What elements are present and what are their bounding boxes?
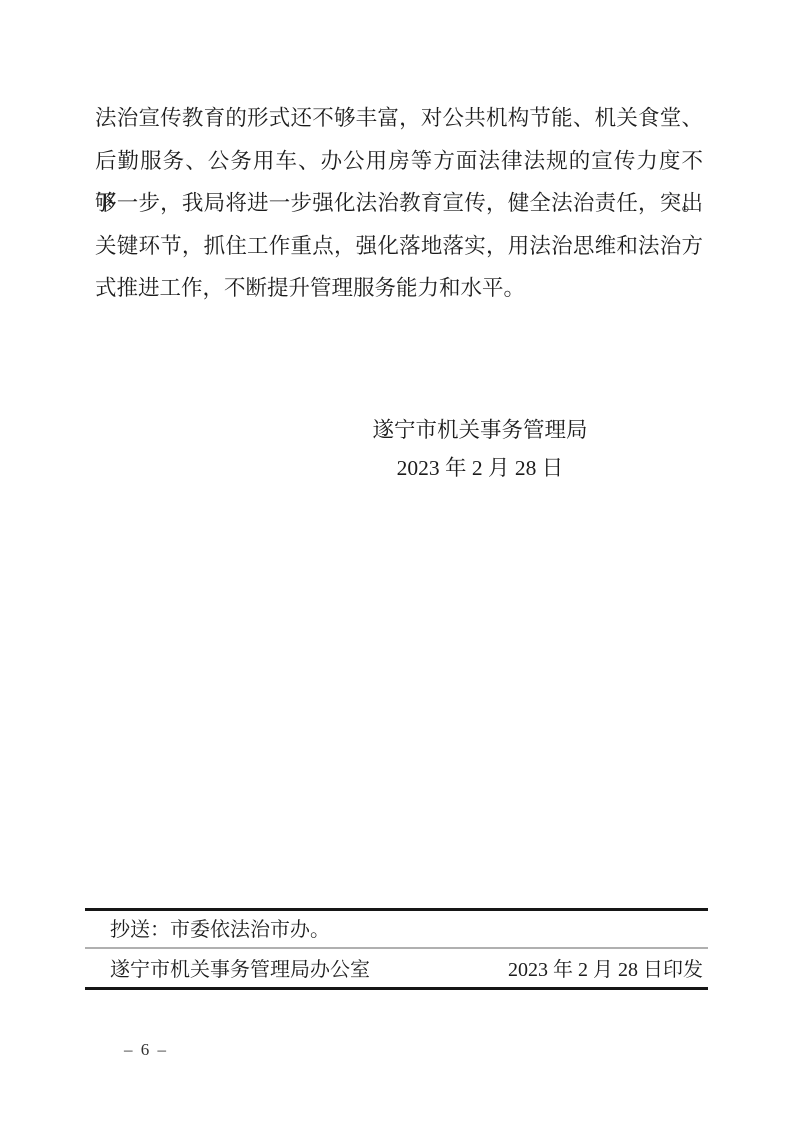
body-line: 式推进工作，不断提升管理服务能力和水平。 [95,267,703,310]
body-line: 后勤服务、公务用车、办公用房等方面法律法规的宣传力度不够。 [95,140,703,183]
page-number: – 6 – [124,1040,168,1060]
imprint-row: 遂宁市机关事务管理局办公室 2023 年 2 月 28 日印发 [110,955,703,985]
issue-date: 2023 年 2 月 28 日 [330,450,630,488]
body-line: 下一步，我局将进一步强化法治教育宣传，健全法治责任，突出 [95,182,703,225]
issuer-name: 遂宁市机关事务管理局 [330,412,630,450]
footer-separator-top [85,908,708,911]
issuing-office: 遂宁市机关事务管理局办公室 [110,955,370,985]
print-date: 2023 年 2 月 28 日印发 [508,955,703,985]
signature-block: 遂宁市机关事务管理局 2023 年 2 月 28 日 [330,412,630,487]
body-paragraph: 法治宣传教育的形式还不够丰富，对公共机构节能、机关食堂、 后勤服务、公务用车、办… [95,97,703,310]
cc-note: 抄送：市委依法治市办。 [110,915,703,945]
document-page: 法治宣传教育的形式还不够丰富，对公共机构节能、机关食堂、 后勤服务、公务用车、办… [0,0,793,1122]
body-line: 关键环节，抓住工作重点，强化落地落实，用法治思维和法治方 [95,225,703,268]
body-line: 法治宣传教育的形式还不够丰富，对公共机构节能、机关食堂、 [95,97,703,140]
footer-separator-bottom [85,987,708,990]
footer-separator-middle [85,947,708,949]
